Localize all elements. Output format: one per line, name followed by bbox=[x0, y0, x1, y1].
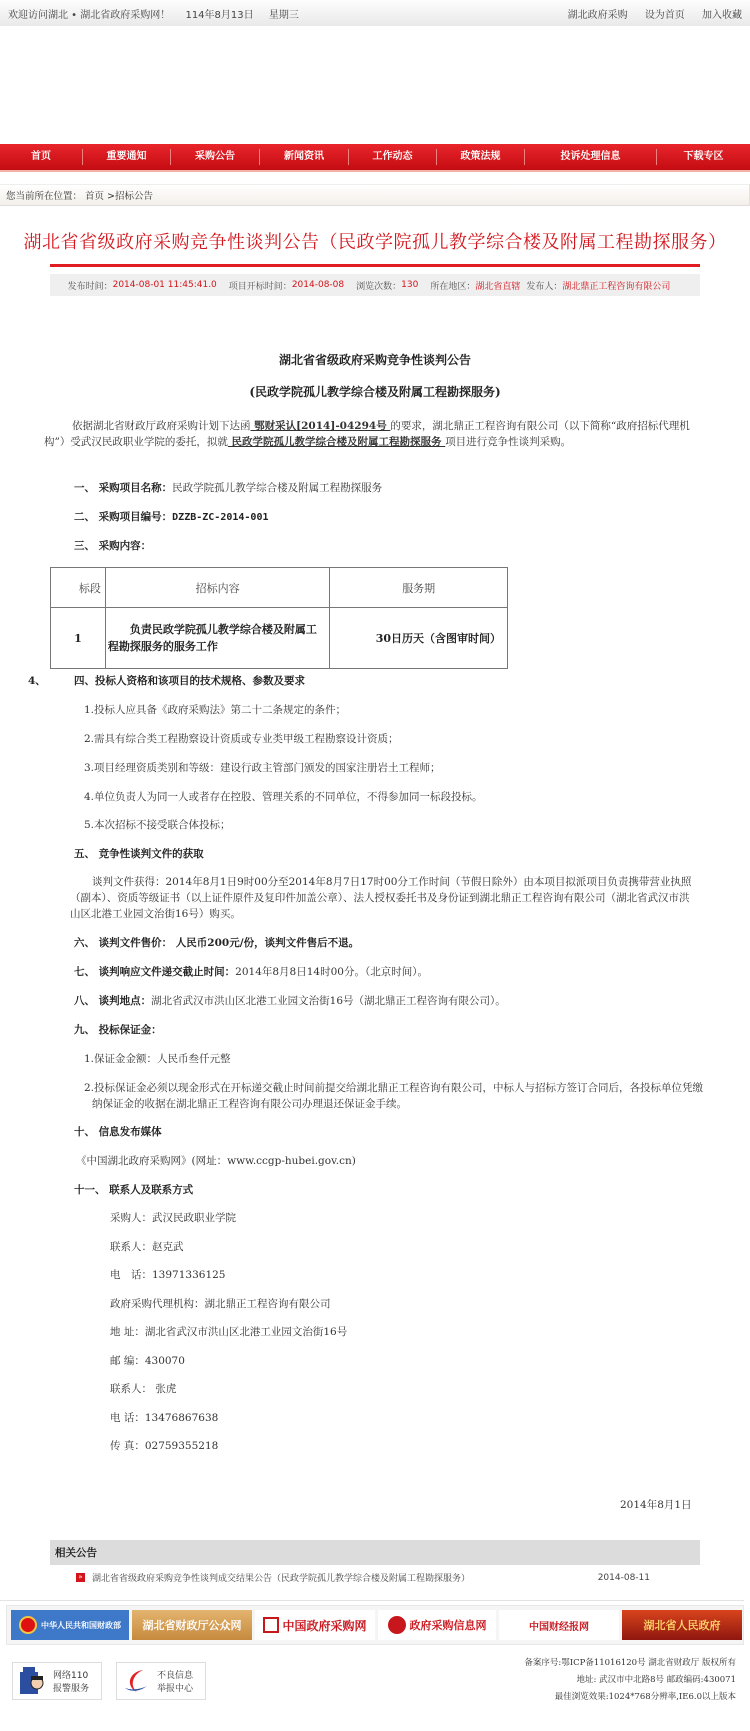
badge-cyber-police-text: 网络110 报警服务 bbox=[53, 1668, 89, 1694]
report-center-icon bbox=[121, 1666, 151, 1696]
section-9-item-2: 2.投标保证金必须以现金形式在开标递交截止时间前提交给湖北鼎正工程咨询有限公司，… bbox=[84, 1080, 704, 1112]
cell-content: 负责民政学院孤儿教学综合楼及附属工程勘探服务的服务工作 bbox=[105, 608, 330, 669]
seal-icon bbox=[263, 1617, 279, 1633]
section-9-item-1: 1.保证金金额：人民币叁仟元整 bbox=[84, 1051, 231, 1067]
contact-buyer-phone: 电 话：13971336125 bbox=[110, 1267, 226, 1283]
section-6: 六、 谈判文件售价： 人民币200元/份，谈判文件售后不退。 bbox=[74, 935, 359, 951]
contact-agency: 政府采购代理机构：湖北鼎正工程咨询有限公司 bbox=[110, 1296, 331, 1312]
logo-ccgp[interactable]: 中国政府采购网 bbox=[255, 1610, 375, 1640]
section-3-label: 三、 采购内容： bbox=[74, 540, 151, 552]
related-item-date: 2014-08-11 bbox=[598, 1573, 650, 1583]
contact-buyer-person: 联系人：赵克武 bbox=[110, 1239, 184, 1255]
section-8-label: 八、 谈判地点： bbox=[74, 995, 151, 1007]
section-5-label: 五、 竞争性谈判文件的获取 bbox=[74, 846, 204, 862]
double-chevron-icon: » bbox=[76, 1573, 85, 1582]
intro-paragraph: 依据湖北省财政厅政府采购计划下达函 鄂财采认[2014]-04294号 的要求，… bbox=[44, 418, 694, 450]
badge-report-center[interactable]: 不良信息 举报中心 bbox=[116, 1662, 206, 1700]
section-6-label: 六、 谈判文件售价： bbox=[74, 937, 172, 949]
header-content: 招标内容 bbox=[105, 568, 330, 608]
badge-line: 网络110 bbox=[53, 1668, 89, 1681]
section-4-number: 4、 bbox=[28, 673, 46, 689]
section-1-label: 一、 采购项目名称： bbox=[74, 482, 172, 494]
list-item[interactable]: » 湖北省省级政府采购竞争性谈判成交结果公告（民政学院孤儿教学综合楼及附属工程勘… bbox=[50, 1565, 700, 1590]
header-period: 服务期 bbox=[330, 568, 508, 608]
logo-label: 政府采购信息网 bbox=[410, 1617, 487, 1633]
section-2-value: DZZB-ZC-2014-001 bbox=[172, 512, 268, 523]
section-2: 二、 采购项目编号：DZZB-ZC-2014-001 bbox=[74, 509, 268, 526]
section-4-item-2: 2.需具有综合类工程勘察设计资质或专业类甲级工程勘察设计资质； bbox=[84, 731, 399, 747]
national-emblem-icon bbox=[19, 1616, 37, 1634]
partner-links: 中华人民共和国财政部 湖北省财政厅公众网 中国政府采购网 政府采购信息网 中国财… bbox=[6, 1605, 744, 1645]
bid-table: 标段 招标内容 服务期 1 负责民政学院孤儿教学综合楼及附属工程勘探服务的服务工… bbox=[50, 567, 508, 669]
section-7-label: 七、 谈判响应文件递交截止时间： bbox=[74, 966, 235, 978]
contact-agency-fax: 传 真：02759355218 bbox=[110, 1438, 218, 1454]
section-1-value: 民政学院孤儿教学综合楼及附属工程勘探服务 bbox=[172, 482, 382, 494]
intro-text-a: 依据湖北省财政厅政府采购计划下达函 bbox=[72, 420, 251, 432]
logo-label: 中国政府采购网 bbox=[282, 1617, 366, 1634]
number-six-icon bbox=[388, 1616, 406, 1634]
section-8: 八、 谈判地点：湖北省武汉市洪山区北港工业园文治街16号（湖北鼎正工程咨询有限公… bbox=[74, 993, 506, 1009]
section-4-label: 四、投标人资格和该项目的技术规格、参数及要求 bbox=[74, 673, 305, 689]
header-lot: 标段 bbox=[51, 568, 106, 608]
logo-ministry-of-finance[interactable]: 中华人民共和国财政部 bbox=[11, 1610, 129, 1640]
intro-project-name: 民政学院孤儿教学综合楼及附属工程勘探服务 bbox=[228, 436, 445, 448]
police-icon bbox=[17, 1666, 47, 1696]
intro-document-number: 鄂财采认[2014]-04294号 bbox=[251, 420, 391, 432]
footer-browser-note: 最佳浏览效果:1024*768分辨率,IE6.0以上版本 bbox=[524, 1689, 736, 1706]
bid-table-header: 标段 招标内容 服务期 bbox=[51, 568, 508, 608]
contact-buyer: 采购人：武汉民政职业学院 bbox=[110, 1210, 236, 1226]
contact-agency-postcode: 邮 编：430070 bbox=[110, 1353, 185, 1369]
logo-finance-news[interactable]: 中国财经报网 bbox=[499, 1610, 619, 1640]
contact-agency-person: 联系人： 张虎 bbox=[110, 1381, 176, 1397]
footer-icp: 备案序号:鄂ICP备11016120号 湖北省财政厅 版权所有 bbox=[524, 1655, 736, 1672]
section-6-value: 人民币200元/份，谈判文件售后不退。 bbox=[172, 937, 359, 949]
logo-hubei-finance[interactable]: 湖北省财政厅公众网 bbox=[132, 1610, 252, 1640]
section-10-label: 十、 信息发布媒体 bbox=[74, 1124, 162, 1140]
section-11-label: 十一、 联系人及联系方式 bbox=[74, 1182, 193, 1198]
doc-heading: 湖北省省级政府采购竞争性谈判公告 bbox=[0, 352, 750, 368]
related-item-link[interactable]: 湖北省省级政府采购竞争性谈判成交结果公告（民政学院孤儿教学综合楼及附属工程勘探服… bbox=[92, 1571, 470, 1584]
logo-hubei-government[interactable]: 湖北省人民政府 bbox=[622, 1610, 742, 1640]
cell-period: 30日历天（含图审时间） bbox=[330, 608, 508, 669]
related-title: 相关公告 bbox=[50, 1540, 700, 1565]
section-1: 一、 采购项目名称：民政学院孤儿教学综合楼及附属工程勘探服务 bbox=[74, 480, 382, 496]
section-10-value: 《中国湖北政府采购网》(网址：www.ccgp-hubei.gov.cn) bbox=[76, 1153, 356, 1169]
related-announcements: 相关公告 » 湖北省省级政府采购竞争性谈判成交结果公告（民政学院孤儿教学综合楼及… bbox=[50, 1540, 700, 1590]
logo-procurement-info[interactable]: 政府采购信息网 bbox=[378, 1610, 496, 1640]
section-2-label: 二、 采购项目编号： bbox=[74, 511, 172, 523]
section-4-item-3: 3.项目经理资质类别和等级：建设行政主管部门颁发的国家注册岩土工程师； bbox=[84, 760, 441, 776]
footer-address: 地址: 武汉市中北路8号 邮政编码:430071 bbox=[524, 1672, 736, 1689]
contact-agency-address: 地 址：湖北省武汉市洪山区北港工业园文治街16号 bbox=[110, 1324, 347, 1340]
cell-lot: 1 bbox=[51, 608, 106, 669]
table-row: 1 负责民政学院孤儿教学综合楼及附属工程勘探服务的服务工作 30日历天（含图审时… bbox=[51, 608, 508, 669]
section-9-label: 九、 投标保证金： bbox=[74, 1022, 162, 1038]
contact-agency-phone: 电 话：13476867638 bbox=[110, 1410, 218, 1426]
doc-subheading: (民政学院孤儿教学综合楼及附属工程勘探服务) bbox=[0, 384, 750, 400]
section-4-item-5: 5.本次招标不接受联合体投标； bbox=[84, 817, 231, 833]
section-8-value: 湖北省武汉市洪山区北港工业园文治街16号（湖北鼎正工程咨询有限公司）。 bbox=[151, 995, 506, 1007]
badge-line: 不良信息 bbox=[157, 1668, 193, 1681]
badge-line: 报警服务 bbox=[53, 1681, 89, 1694]
section-5-text: 谈判文件获得：2014年8月1日9时00分至2014年8月7日17时00分工作时… bbox=[70, 874, 698, 922]
footer-divider bbox=[0, 1600, 744, 1601]
announcement-body: 湖北省省级政府采购竞争性谈判公告 (民政学院孤儿教学综合楼及附属工程勘探服务) … bbox=[0, 0, 750, 1600]
section-4-item-1: 1.投标人应具备《政府采购法》第二十二条规定的条件； bbox=[84, 702, 346, 718]
intro-text-c: 项目进行竞争性谈判采购。 bbox=[445, 436, 571, 448]
section-7: 七、 谈判响应文件递交截止时间：2014年8月8日14时00分。（北京时间）。 bbox=[74, 964, 428, 980]
badge-report-center-text: 不良信息 举报中心 bbox=[157, 1668, 193, 1694]
sign-date: 2014年8月1日 bbox=[620, 1497, 692, 1513]
footer-info: 备案序号:鄂ICP备11016120号 湖北省财政厅 版权所有 地址: 武汉市中… bbox=[524, 1655, 736, 1706]
badge-line: 举报中心 bbox=[157, 1681, 193, 1694]
section-3: 三、 采购内容： bbox=[74, 538, 151, 554]
section-7-value: 2014年8月8日14时00分。（北京时间）。 bbox=[235, 966, 428, 978]
logo-label: 中华人民共和国财政部 bbox=[41, 1620, 121, 1631]
badge-cyber-police[interactable]: 网络110 报警服务 bbox=[12, 1662, 102, 1700]
section-4-item-4: 4.单位负责人为同一人或者存在控股、管理关系的不同单位，不得参加同一标段投标。 bbox=[84, 789, 483, 805]
